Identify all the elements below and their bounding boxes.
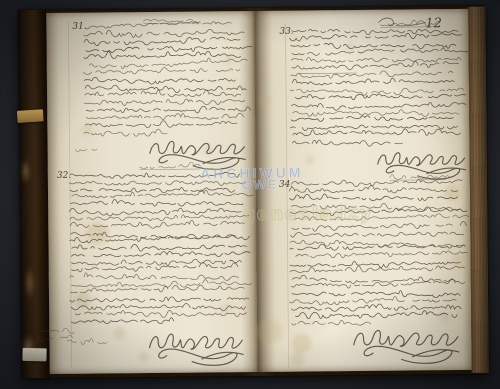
insert-underline: [140, 169, 200, 170]
handwriting-line: [86, 106, 250, 114]
handwriting-line: [71, 251, 250, 258]
handwriting-line: [71, 318, 173, 325]
foxing-spot: [291, 353, 305, 367]
handwriting-line: [70, 214, 249, 221]
watermark-archive-line2: OWE: [241, 177, 278, 192]
foxing-spot: [113, 327, 125, 339]
handwriting-line: [289, 185, 457, 194]
handwriting-line: [291, 42, 456, 50]
handwriting-line: [86, 113, 247, 121]
handwriting-line: [290, 260, 460, 268]
foxing-spot: [291, 333, 311, 353]
foxing-spot: [75, 292, 91, 308]
handwriting-line: [290, 33, 462, 41]
handwriting-line: [291, 70, 458, 78]
handwriting-line: [72, 279, 252, 288]
handwriting-line: [84, 67, 240, 75]
handwriting-line: [72, 243, 247, 251]
handwriting-line: [290, 296, 456, 306]
signature-flourish: [149, 333, 243, 366]
page-number: 12: [425, 16, 442, 31]
handwriting-line: [70, 271, 239, 282]
handwriting-line: [293, 128, 461, 136]
watermark-genealogy: genealodzy: [242, 203, 373, 225]
foxing-spot: [256, 319, 282, 345]
signature-stroke: [377, 152, 465, 166]
foxing-spot: [220, 302, 232, 314]
insert-underline: [143, 23, 201, 24]
handwriting-line: [295, 93, 465, 100]
handwriting-line: [290, 265, 465, 273]
signature-stroke: [386, 165, 466, 180]
handwriting-line: [291, 303, 461, 312]
handwriting-line: [292, 48, 468, 56]
handwriting-line: [290, 239, 463, 249]
handwriting-line: [39, 328, 74, 334]
foxing-spot: [453, 254, 465, 266]
foxing-spot: [305, 154, 315, 164]
signature-stroke: [149, 333, 242, 349]
handwriting-line: [67, 338, 107, 344]
right-page-margin-line: [285, 24, 288, 368]
record-33-number: 33.: [279, 27, 294, 37]
handwriting-line: [70, 296, 249, 303]
handwriting-line: [39, 335, 72, 341]
scanned-photo: 31.32.33.34. ARCHIWUM OWE genealodzy 12: [0, 0, 500, 389]
signature-flourish: [354, 330, 460, 364]
signature-stroke: [364, 345, 459, 363]
record-31-number: 31.: [72, 22, 87, 32]
signature-stroke: [159, 348, 244, 365]
handwriting-line: [291, 231, 464, 238]
signature-stroke: [150, 141, 245, 156]
handwriting-line: [86, 21, 240, 29]
handwriting-line: [85, 89, 241, 98]
foxing-spot: [139, 352, 149, 362]
handwriting-line: [291, 56, 460, 63]
handwriting-line: [71, 198, 252, 207]
handwriting-line: [292, 78, 454, 86]
handwriting-line: [290, 243, 466, 251]
foxing-spot: [258, 94, 270, 106]
handwriting-line: [84, 37, 240, 46]
handwriting-overlay: 31.32.33.34. ARCHIWUM OWE genealodzy 12: [18, 6, 489, 378]
handwriting-line: [85, 120, 239, 128]
record-31: 31.: [72, 18, 253, 170]
handwriting-line: [84, 129, 167, 137]
foxing-spot: [440, 313, 450, 323]
handwriting-line: [72, 259, 247, 267]
record-32-number: 32.: [57, 171, 72, 181]
handwriting-line: [292, 320, 371, 326]
signature-stroke: [354, 330, 459, 347]
handwriting-line: [69, 207, 241, 217]
handwriting-line: [84, 76, 235, 85]
handwriting-line: [85, 84, 246, 94]
handwriting-line: [76, 149, 101, 152]
foxing-spot: [86, 222, 108, 244]
left-page-margin-line: [68, 22, 71, 368]
handwriting-line: [290, 124, 457, 131]
handwriting-line: [84, 29, 244, 38]
handwriting-line: [292, 102, 466, 111]
handwriting-line: [86, 46, 252, 53]
handwriting-line: [292, 139, 402, 147]
handwriting-line: [89, 57, 247, 69]
handwriting-line: [84, 98, 245, 106]
record-34-number: 34.: [279, 180, 294, 190]
handwriting-line: [140, 162, 201, 169]
handwriting-line: [295, 310, 457, 319]
handwriting-line: [293, 109, 459, 118]
registry-book: 31.32.33.34. ARCHIWUM OWE genealodzy 12: [18, 6, 489, 378]
handwriting-line: [70, 187, 238, 194]
handwriting-line: [290, 193, 458, 202]
handwriting-line: [296, 251, 468, 259]
handwriting-line: [291, 179, 462, 187]
insert-underline: [390, 180, 446, 181]
handwriting-line: [292, 290, 463, 299]
handwriting-line: [71, 303, 245, 312]
word-underline: [299, 73, 357, 74]
handwriting-line: [71, 285, 245, 293]
